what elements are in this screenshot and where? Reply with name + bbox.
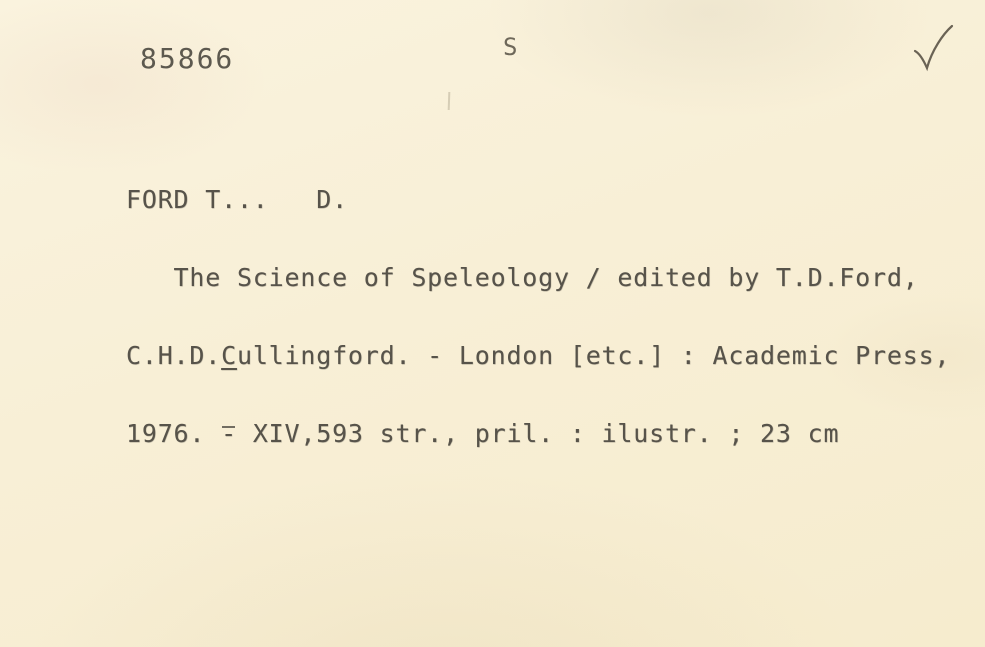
accession-number: 85866: [140, 42, 234, 75]
entry-title-line: The Science of Speleology / edited by T.…: [126, 265, 950, 291]
faint-pencil-mark: [448, 92, 451, 110]
checkmark-icon: [910, 23, 956, 73]
imprint-post: ullingford. - London [etc.] : Academic P…: [237, 341, 950, 370]
catalog-card: 85866 S FORD T... D. The Science of Spel…: [0, 0, 985, 647]
collation-overlined-dash: -: [221, 421, 237, 447]
catalog-entry: FORD T... D. The Science of Speleology /…: [126, 135, 950, 499]
entry-imprint-line: C.H.D.Cullingford. - London [etc.] : Aca…: [126, 343, 950, 369]
imprint-pre: C.H.D.: [126, 341, 221, 370]
collation-pre: 1976.: [126, 419, 221, 448]
entry-collation-line: 1976. - XIV,593 str., pril. : ilustr. ; …: [126, 421, 950, 447]
collation-post: XIV,593 str., pril. : ilustr. ; 23 cm: [237, 419, 839, 448]
section-letter: S: [503, 33, 517, 61]
imprint-underlined-letter: C: [221, 341, 237, 370]
entry-heading: FORD T... D.: [126, 187, 950, 213]
